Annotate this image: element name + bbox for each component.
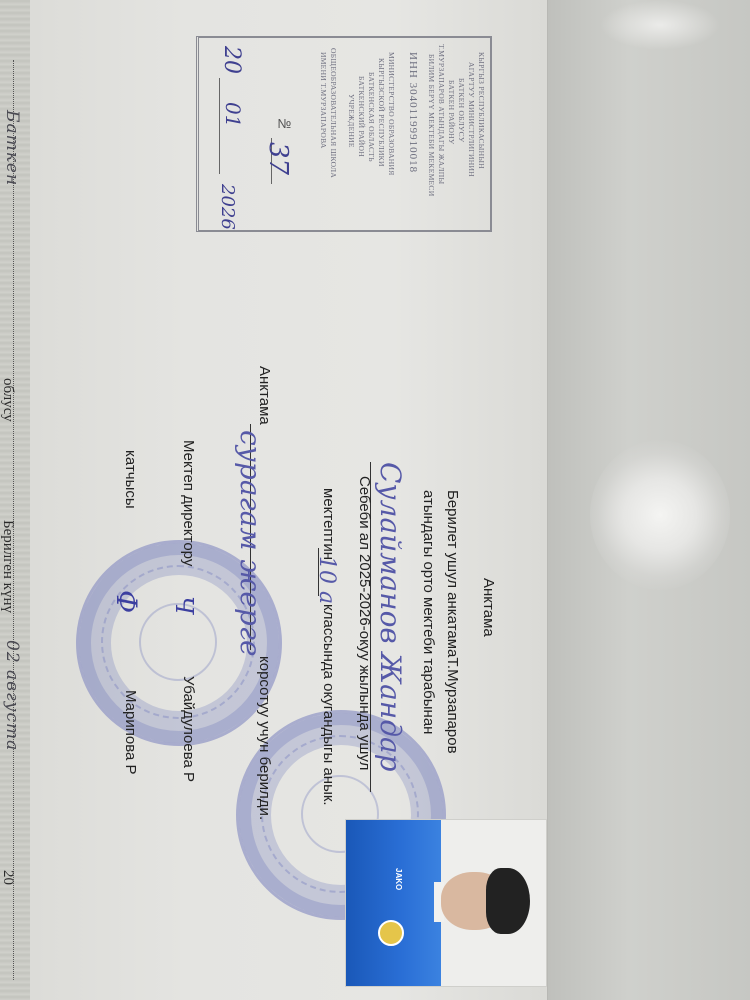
text-line-4-suffix: классында окугандыгы анык. <box>320 604 337 806</box>
stamp-line: Кыргызской Республики <box>377 58 386 167</box>
stamp-line: Агартуу министрлигинин <box>467 62 476 177</box>
director-label: Мектеп директору <box>180 440 197 566</box>
stamp-date-year: 2026 <box>217 184 238 230</box>
text-line-2: атындагы орто мектеби тарабынан <box>420 490 437 734</box>
text-line-4-prefix: мектептин <box>320 488 337 560</box>
stamp-number-label: № <box>277 116 292 131</box>
photo-badge <box>378 920 404 946</box>
text-line-5-suffix: корсотуу учун берилди. <box>256 656 273 820</box>
stamp-line: Министерство образования <box>387 52 396 176</box>
secretary-name: Марипова Р <box>122 690 139 775</box>
light-glare-top <box>600 0 720 50</box>
stamp-line: билим берүү мектеби мекемеси <box>427 54 436 196</box>
secretary-signature: Ф <box>110 590 143 613</box>
stamp-line: общеобразовательная школа <box>329 48 338 178</box>
stamp-line: учреждение <box>347 94 356 148</box>
student-photo: JAKO <box>346 820 546 986</box>
stamp-date-day: 20 <box>219 46 244 74</box>
text-line-5-prefix: Анктама <box>256 366 273 425</box>
stamp-number-value: 37 <box>263 142 293 175</box>
text-line-3: Себеби ал 2025-2026-окуу жылында ушул <box>356 476 373 770</box>
booklet-year-prefix: 20 <box>0 870 16 885</box>
stamp-date-month: 01 <box>221 102 245 127</box>
photo-jacket <box>346 820 441 986</box>
student-name-handwritten: Сулайманов Жандар <box>374 462 407 772</box>
stamp-inn: ИНН 30401199910018 <box>407 52 419 173</box>
stamp-line: Баткен облусу <box>457 78 466 142</box>
stamp-line: Кыргыз Республикасынын <box>477 52 486 169</box>
secretary-label: катчысы <box>122 450 139 509</box>
registration-stamp: Кыргыз Республикасынын Агартуу министрли… <box>196 36 492 232</box>
booklet-issue-handwritten: 02 августа <box>2 640 22 751</box>
stamp-line: Т.Мурзапаров атындагы жалпы <box>437 44 446 184</box>
photo-hair <box>486 868 530 934</box>
booklet-issue-label-ky: Берилген күнү <box>0 520 16 613</box>
text-line-1: Берилет ушул анкатамаТ.Мурзапаров <box>444 490 461 754</box>
booklet-edge: Баткен облусу Берилген күнү 02 августа 2… <box>0 0 31 1000</box>
stamp-line: имени Т.Мурзапарова <box>319 52 328 149</box>
booklet-region-handwritten: Баткен <box>2 110 22 186</box>
stamp-line: Баткенская область <box>367 72 376 162</box>
stamp-line: Баткен району <box>447 80 456 145</box>
booklet-region-label-ky: облусу <box>0 378 16 422</box>
stamp-line: Баткенский район <box>357 76 366 157</box>
photo-jacket-brand: JAKO <box>394 868 403 890</box>
document-title: Анктама <box>480 578 497 637</box>
purpose-handwritten: сурагам жерге <box>234 430 267 657</box>
light-glare <box>590 440 730 590</box>
stamp-date-underline <box>219 78 220 174</box>
director-name: Убайдулоева Р <box>180 676 197 782</box>
director-signature: Ч <box>170 596 198 615</box>
class-underline <box>318 548 319 596</box>
